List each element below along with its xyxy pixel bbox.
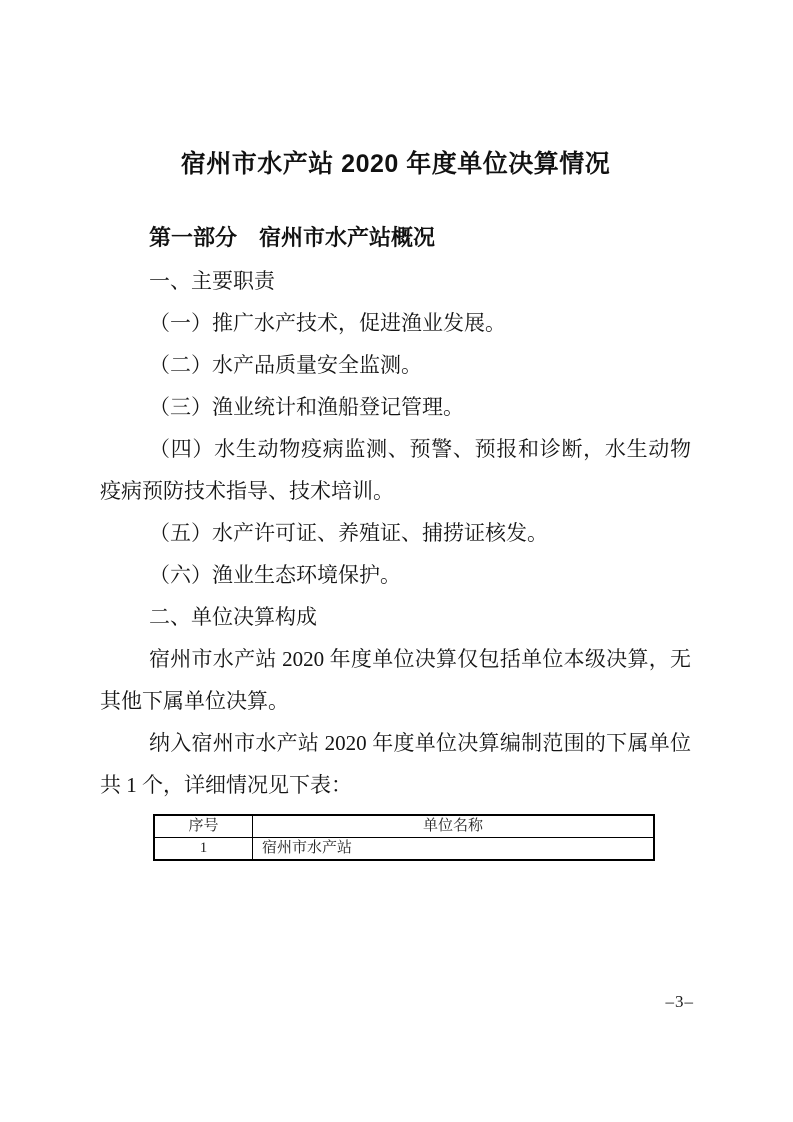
table-header-row: 序号 单位名称 [154,815,654,838]
document-page: 宿州市水产站 2020 年度单位决算情况 第一部分 宿州市水产站概况 一、主要职… [0,0,793,1122]
duty-item-3: （三）渔业统计和渔船登记管理。 [100,386,691,428]
duty-item-6: （六）渔业生态环境保护。 [100,554,691,596]
duties-heading: 一、主要职责 [100,260,691,302]
page-number: –3– [666,992,695,1012]
subordinate-units-table: 序号 单位名称 1 宿州市水产站 [153,814,655,861]
composition-heading: 二、单位决算构成 [100,596,691,638]
duty-item-1: （一）推广水产技术，促进渔业发展。 [100,302,691,344]
cell-unit-name: 宿州市水产站 [253,838,655,861]
body-text: 一、主要职责 （一）推广水产技术，促进渔业发展。 （二）水产品质量安全监测。 （… [100,260,691,806]
page-content: 宿州市水产站 2020 年度单位决算情况 第一部分 宿州市水产站概况 一、主要职… [0,146,793,861]
col-header-index: 序号 [154,815,253,838]
document-title: 宿州市水产站 2020 年度单位决算情况 [100,146,691,182]
col-header-unit-name: 单位名称 [253,815,655,838]
part-one-heading: 第一部分 宿州市水产站概况 [100,222,691,254]
cell-index: 1 [154,838,253,861]
composition-paragraph-2: 纳入宿州市水产站 2020 年度单位决算编制范围的下属单位共 1 个，详细情况见… [100,722,691,806]
duty-item-2: （二）水产品质量安全监测。 [100,344,691,386]
duty-item-4: （四）水生动物疫病监测、预警、预报和诊断，水生动物疫病预防技术指导、技术培训。 [100,428,691,512]
table-row: 1 宿州市水产站 [154,838,654,861]
composition-paragraph-1: 宿州市水产站 2020 年度单位决算仅包括单位本级决算，无其他下属单位决算。 [100,638,691,722]
duty-item-5: （五）水产许可证、养殖证、捕捞证核发。 [100,512,691,554]
